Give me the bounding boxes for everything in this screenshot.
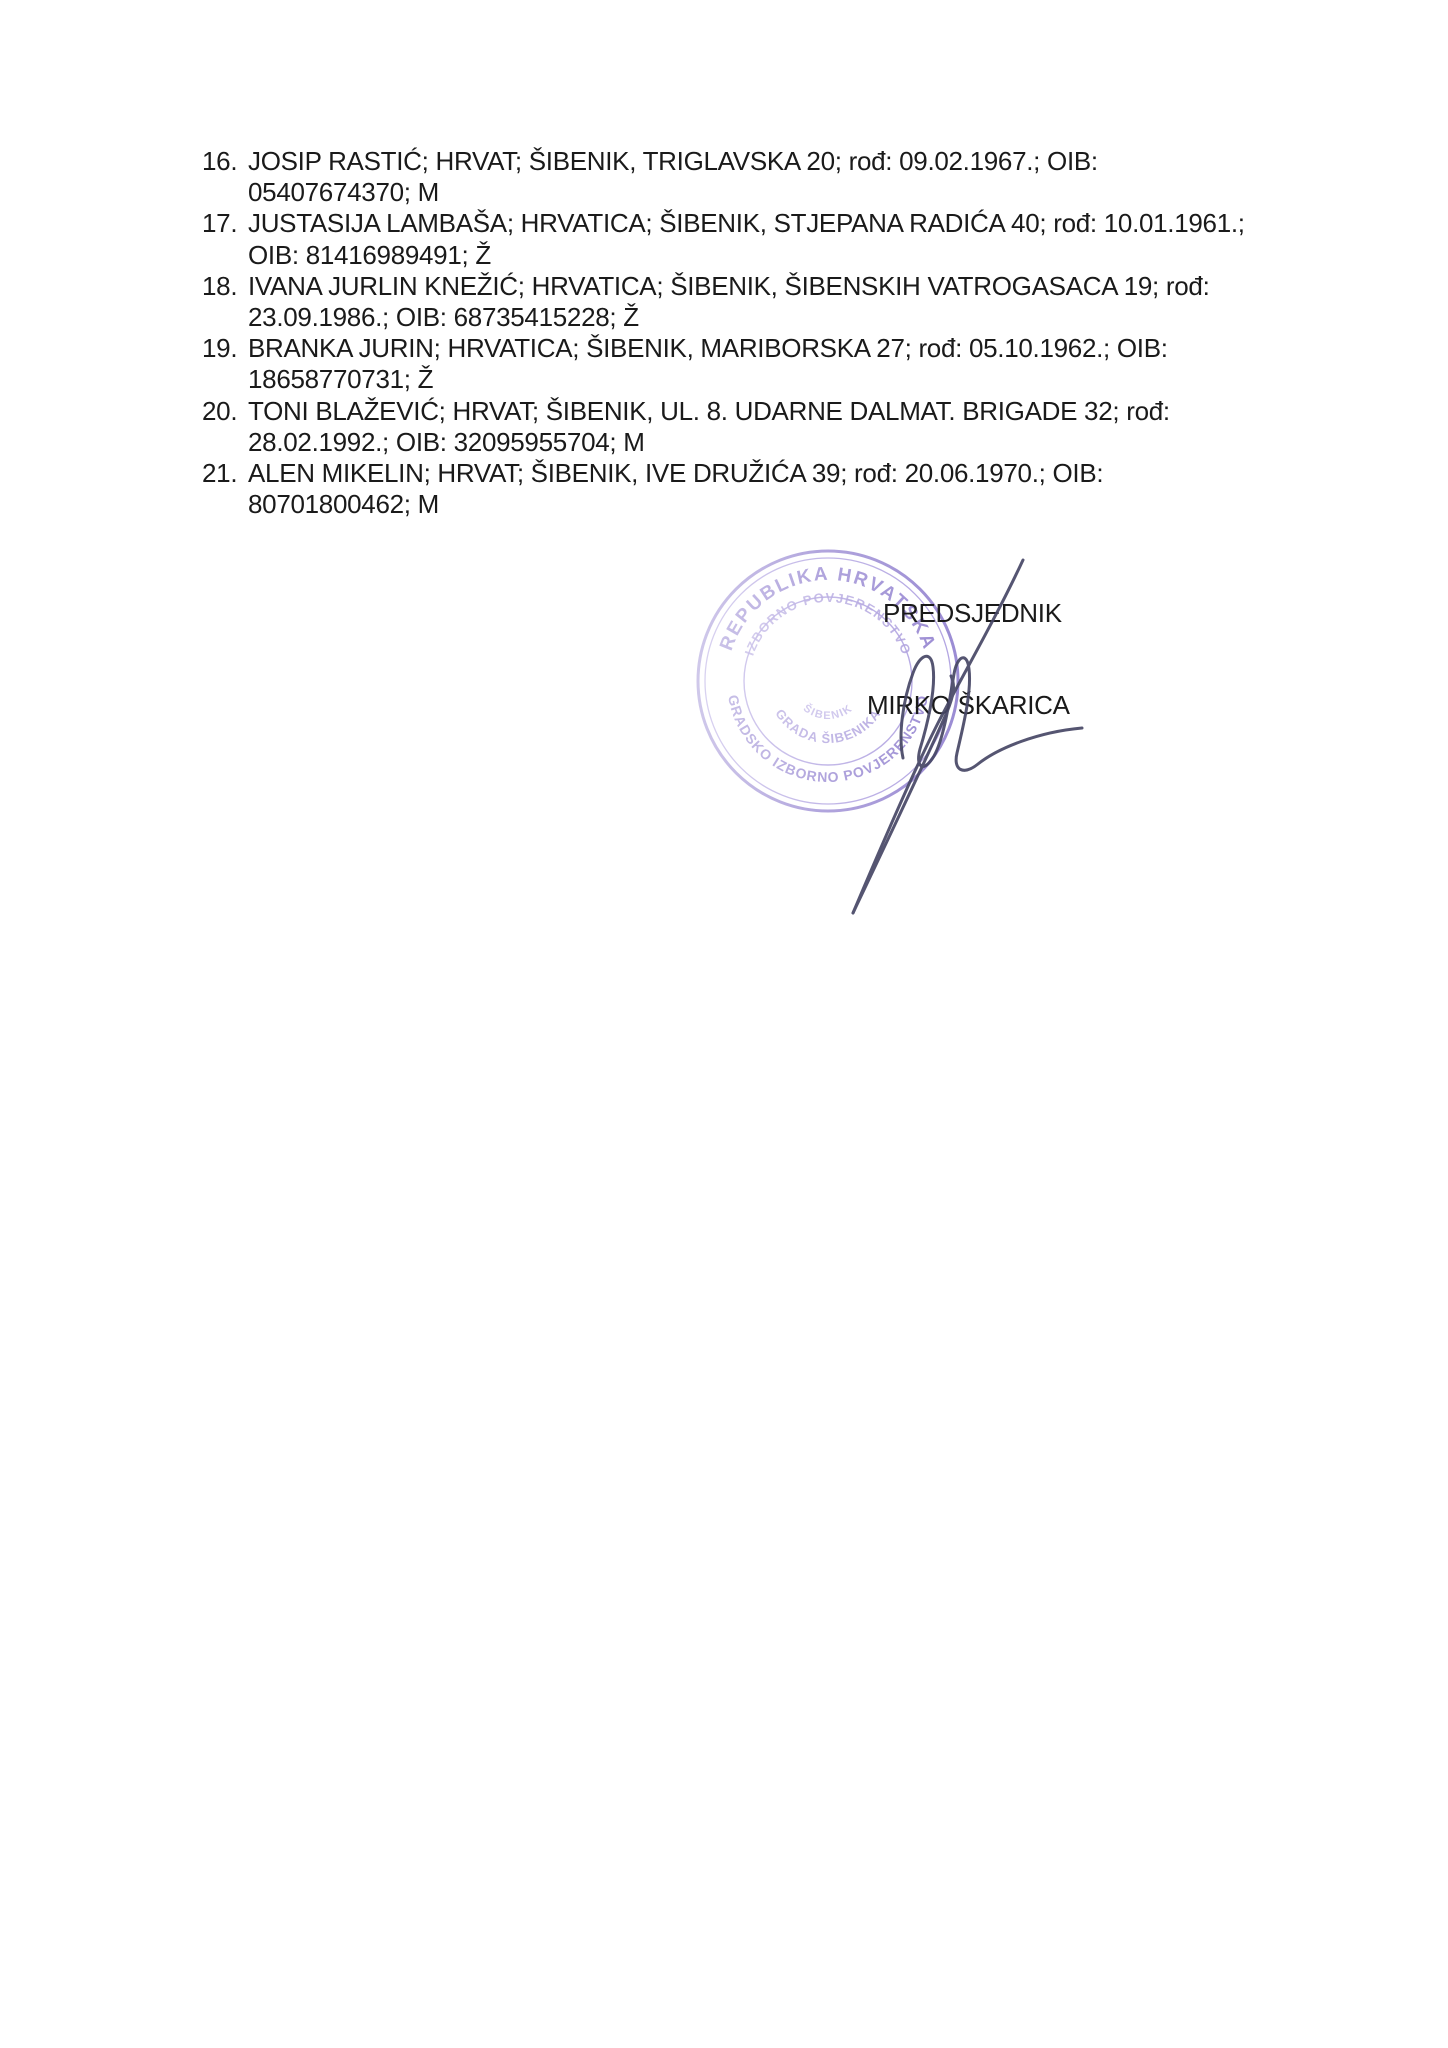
- item-line: TONI BLAŽEVIĆ; HRVAT; ŠIBENIK, UL. 8. UD…: [248, 396, 1170, 427]
- item-line: 80701800462; M: [248, 489, 1103, 520]
- person-list: 16. JOSIP RASTIĆ; HRVAT; ŠIBENIK, TRIGLA…: [202, 146, 1245, 520]
- item-line: BRANKA JURIN; HRVATICA; ŠIBENIK, MARIBOR…: [248, 333, 1168, 364]
- list-item: 16. JOSIP RASTIĆ; HRVAT; ŠIBENIK, TRIGLA…: [202, 146, 1245, 208]
- item-line: 05407674370; M: [248, 177, 1098, 208]
- item-line: JOSIP RASTIĆ; HRVAT; ŠIBENIK, TRIGLAVSKA…: [248, 146, 1098, 177]
- list-item: 19. BRANKA JURIN; HRVATICA; ŠIBENIK, MAR…: [202, 333, 1245, 395]
- item-content: IVANA JURLIN KNEŽIĆ; HRVATICA; ŠIBENIK, …: [248, 271, 1210, 333]
- item-number: 18.: [202, 271, 248, 333]
- document-page: 16. JOSIP RASTIĆ; HRVAT; ŠIBENIK, TRIGLA…: [0, 0, 1448, 2048]
- item-line: OIB: 81416989491; Ž: [248, 240, 1245, 271]
- item-number: 16.: [202, 146, 248, 208]
- item-number: 21.: [202, 458, 248, 520]
- item-line: ALEN MIKELIN; HRVAT; ŠIBENIK, IVE DRUŽIĆ…: [248, 458, 1103, 489]
- item-line: IVANA JURLIN KNEŽIĆ; HRVATICA; ŠIBENIK, …: [248, 271, 1210, 302]
- item-line: 23.09.1986.; OIB: 68735415228; Ž: [248, 302, 1210, 333]
- item-number: 19.: [202, 333, 248, 395]
- list-item: 20. TONI BLAŽEVIĆ; HRVAT; ŠIBENIK, UL. 8…: [202, 396, 1245, 458]
- list-item: 18. IVANA JURLIN KNEŽIĆ; HRVATICA; ŠIBEN…: [202, 271, 1245, 333]
- list-item: 17. JUSTASIJA LAMBAŠA; HRVATICA; ŠIBENIK…: [202, 208, 1245, 270]
- item-content: JOSIP RASTIĆ; HRVAT; ŠIBENIK, TRIGLAVSKA…: [248, 146, 1098, 208]
- item-content: ALEN MIKELIN; HRVAT; ŠIBENIK, IVE DRUŽIĆ…: [248, 458, 1103, 520]
- item-number: 20.: [202, 396, 248, 458]
- item-content: TONI BLAŽEVIĆ; HRVAT; ŠIBENIK, UL. 8. UD…: [248, 396, 1170, 458]
- item-line: 28.02.1992.; OIB: 32095955704; M: [248, 427, 1170, 458]
- item-line: 18658770731; Ž: [248, 364, 1168, 395]
- item-line: JUSTASIJA LAMBAŠA; HRVATICA; ŠIBENIK, ST…: [248, 208, 1245, 239]
- handwritten-signature: [830, 545, 1110, 935]
- item-content: BRANKA JURIN; HRVATICA; ŠIBENIK, MARIBOR…: [248, 333, 1168, 395]
- item-content: JUSTASIJA LAMBAŠA; HRVATICA; ŠIBENIK, ST…: [248, 208, 1245, 270]
- list-item: 21. ALEN MIKELIN; HRVAT; ŠIBENIK, IVE DR…: [202, 458, 1245, 520]
- item-number: 17.: [202, 208, 248, 270]
